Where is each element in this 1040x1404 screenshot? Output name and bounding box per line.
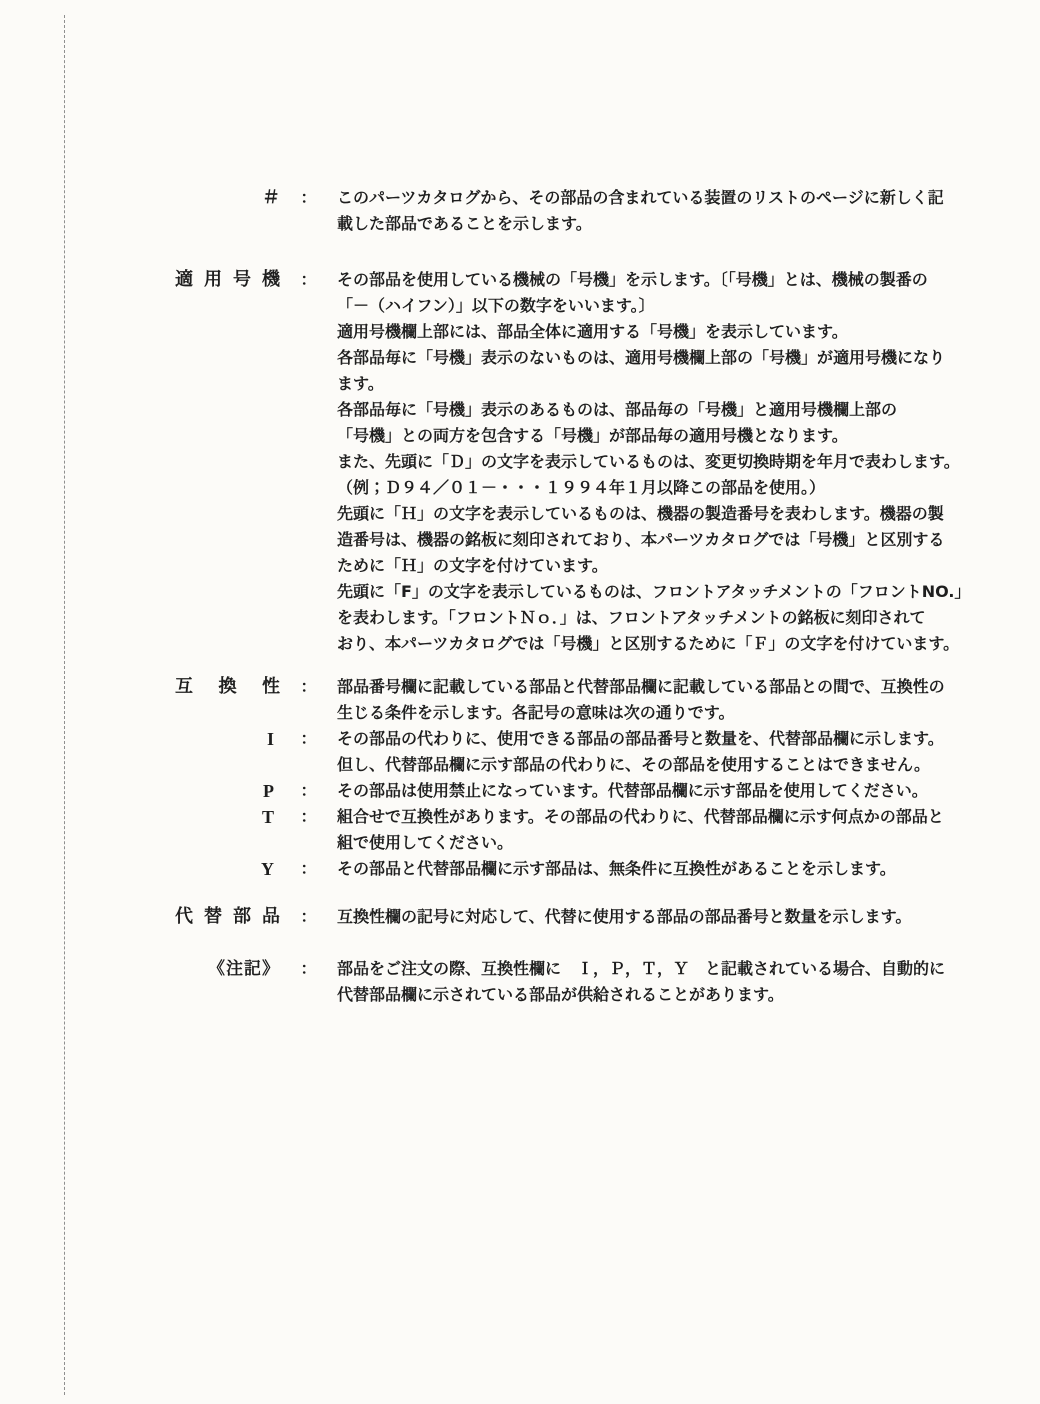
term-char: 号	[233, 267, 251, 293]
symbol-colon: ：	[280, 726, 337, 752]
definition-new-part-marker: ＃ ： このパーツカタログから、その部品の含まれている装置のリストのページに新し…	[175, 185, 957, 237]
text-line: 「－（ハイフン）」以下の数字をいいます。〕	[337, 293, 957, 319]
definition-colon: ：	[280, 904, 337, 930]
symbol-code-P: P	[175, 778, 280, 804]
definition-colon: ：	[280, 956, 337, 982]
definition-colon: ：	[280, 674, 337, 700]
text-line: 「号機」との両方を包含する「号機」が部品毎の適用号機となります。	[337, 423, 957, 449]
scanned-document-page: ＃ ： このパーツカタログから、その部品の含まれている装置のリストのページに新し…	[0, 0, 1040, 1404]
term-char: 互	[175, 674, 193, 700]
term-char: 換	[219, 674, 237, 700]
text-line: 各部品毎に「号機」表示のないものは、適用号機欄上部の「号機」が適用号機になり	[337, 345, 957, 371]
definition-body: このパーツカタログから、その部品の含まれている装置のリストのページに新しく記 載…	[337, 185, 957, 237]
term-char: 性	[262, 674, 280, 700]
text-line: 造番号は、機器の銘板に刻印されており、本パーツカタログでは「号機」と区別する	[337, 527, 957, 553]
text-line: 生じる条件を示します。各記号の意味は次の通りです。	[337, 700, 957, 726]
term-char: 替	[204, 904, 222, 930]
definition-interchangeability: 互 換 性 ： 部品番号欄に記載している部品と代替部品欄に記載している部品との間…	[175, 674, 957, 882]
text-line: 代替部品欄に示されている部品が供給されることがあります。	[337, 982, 957, 1008]
definition-body: その部品を使用している機械の「号機」を示します。〔「号機」とは、機械の製番の 「…	[337, 267, 957, 657]
text-line: 組で使用してください。	[337, 830, 957, 856]
text-line: その部品と代替部品欄に示す部品は、無条件に互換性があることを示します。	[337, 856, 957, 882]
text-line: （例；Ｄ９４／０１－・・・１９９４年１月以降この部品を使用。）	[337, 475, 957, 501]
text-line: 組合せで互換性があります。その部品の代わりに、代替部品欄に示す何点かの部品と	[337, 804, 957, 830]
text-line: 部品番号欄に記載している部品と代替部品欄に記載している部品との間で、互換性の	[337, 674, 957, 700]
text-line: このパーツカタログから、その部品の含まれている装置のリストのページに新しく記	[337, 185, 957, 211]
term-char: 代	[175, 904, 193, 930]
hash-symbol: ＃	[262, 185, 280, 211]
text-line: 先頭に「Ｈ」の文字を表示しているものは、機器の製造番号を表わします。機器の製	[337, 501, 957, 527]
text-line: 但し、代替部品欄に示す部品の代わりに、その部品を使用することはできません。	[337, 752, 957, 778]
term-char: 適	[175, 267, 193, 293]
definition-term-applicable-serial: 適 用 号 機	[175, 267, 280, 293]
symbol-code-Y: Y	[175, 856, 280, 882]
text-line: また、先頭に「Ｄ」の文字を表示しているものは、変更切換時期を年月で表わします。	[337, 449, 957, 475]
text-line: 互換性欄の記号に対応して、代替に使用する部品の部品番号と数量を示します。	[337, 904, 957, 930]
text-line: その部品は使用禁止になっています。代替部品欄に示す部品を使用してください。	[337, 778, 957, 804]
symbol-body: その部品は使用禁止になっています。代替部品欄に示す部品を使用してください。	[337, 778, 957, 804]
definition-colon: ：	[280, 267, 337, 293]
term-char: 品	[262, 904, 280, 930]
text-line: その部品を使用している機械の「号機」を示します。〔「号機」とは、機械の製番の	[337, 267, 957, 293]
symbol-colon: ：	[280, 856, 337, 882]
definition-applicable-serial: 適 用 号 機 ： その部品を使用している機械の「号機」を示します。〔「号機」と…	[175, 267, 957, 657]
text-line: 載した部品であることを示します。	[337, 211, 957, 237]
symbol-colon: ：	[280, 804, 337, 830]
text-line: ために「Ｈ」の文字を付けています。	[337, 553, 957, 579]
definition-term-note: 《注記》	[175, 956, 280, 982]
text-line: 先頭に「F」の文字を表示しているものは、フロントアタッチメントの「フロントNO.…	[337, 579, 957, 605]
definition-body: 部品番号欄に記載している部品と代替部品欄に記載している部品との間で、互換性の 生…	[337, 674, 957, 726]
symbol-code-I: I	[175, 726, 280, 752]
definition-alternative-part: 代 替 部 品 ： 互換性欄の記号に対応して、代替に使用する部品の部品番号と数量…	[175, 904, 957, 930]
symbol-body: その部品の代わりに、使用できる部品の部品番号と数量を、代替部品欄に示します。 但…	[337, 726, 957, 778]
text-line: を表わします。「フロントＮｏ．」は、フロントアタッチメントの銘板に刻印されて	[337, 605, 957, 631]
text-line: おり、本パーツカタログでは「号機」と区別するために「Ｆ」の文字を付けています。	[337, 631, 957, 657]
text-line: 適用号機欄上部には、部品全体に適用する「号機」を表示しています。	[337, 319, 957, 345]
symbol-colon: ：	[280, 778, 337, 804]
text-line: 各部品毎に「号機」表示のあるものは、部品毎の「号機」と適用号機欄上部の	[337, 397, 957, 423]
definition-body: 部品をご注文の際、互換性欄に Ｉ，Ｐ，Ｔ，Ｙ と記載されている場合、自動的に 代…	[337, 956, 957, 1008]
symbol-code-T: T	[175, 804, 280, 830]
symbol-body: 組合せで互換性があります。その部品の代わりに、代替部品欄に示す何点かの部品と 組…	[337, 804, 957, 856]
term-char: 部	[233, 904, 251, 930]
text-line: 部品をご注文の際、互換性欄に Ｉ，Ｐ，Ｔ，Ｙ と記載されている場合、自動的に	[337, 956, 957, 982]
left-scan-artifact-line	[64, 15, 65, 1395]
text-line: その部品の代わりに、使用できる部品の部品番号と数量を、代替部品欄に示します。	[337, 726, 957, 752]
text-line: ます。	[337, 371, 957, 397]
definition-colon: ：	[280, 185, 337, 211]
definition-term-alternative-part: 代 替 部 品	[175, 904, 280, 930]
symbol-body: その部品と代替部品欄に示す部品は、無条件に互換性があることを示します。	[337, 856, 957, 882]
definition-term-interchangeability: 互 換 性	[175, 674, 280, 700]
term-char: 機	[262, 267, 280, 293]
definition-term-hash: ＃	[175, 185, 280, 211]
term-char: 用	[204, 267, 222, 293]
definition-note: 《注記》 ： 部品をご注文の際、互換性欄に Ｉ，Ｐ，Ｔ，Ｙ と記載されている場合…	[175, 956, 957, 1008]
definition-body: 互換性欄の記号に対応して、代替に使用する部品の部品番号と数量を示します。	[337, 904, 957, 930]
